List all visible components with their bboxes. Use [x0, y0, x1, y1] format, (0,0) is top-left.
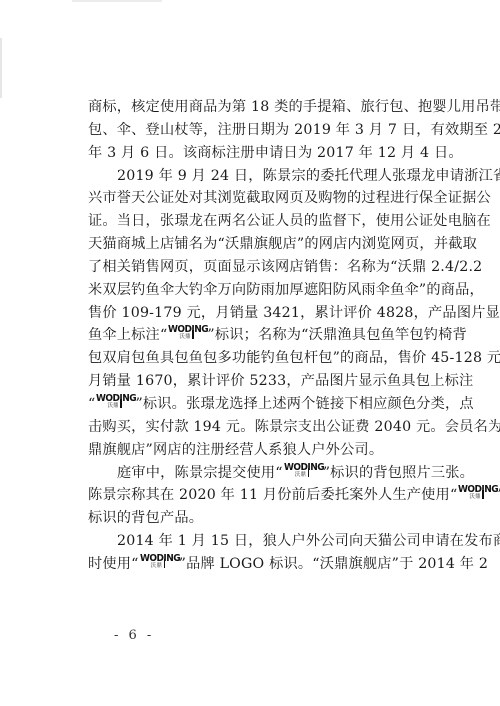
text-line: 月销量 1670，累计评价 5233，产品图片显示鱼具包上标注 [88, 370, 464, 393]
woding-logo-icon: WODING沃鼎 [140, 554, 178, 570]
text-segment: 月销量 1670，累计评价 5233，产品图片显示鱼具包上标注 [88, 373, 473, 389]
text-line: 了相关销售网页，页面显示该网店销售：名称为“沃鼎 2.4/2.2 [88, 256, 464, 279]
text-segment: 证。当日，张璟龙在两名公证人员的监督下，使用公证处电脑在 [88, 213, 491, 229]
text-segment: 鱼伞上标注“ [88, 327, 167, 343]
woding-logo-icon: WODING沃鼎 [96, 394, 134, 410]
logo-subtext: 沃鼎 [295, 472, 306, 478]
text-line: 兴市誉天公证处对其浏览截取网页及购物的过程进行保全证据公 [88, 187, 464, 210]
text-segment: 米双层钓鱼伞大钓伞万向防雨加厚遮阳防风雨伞鱼伞”的商品， [88, 282, 484, 298]
logo-subtext: 沃鼎 [151, 563, 162, 569]
text-segment: ”品牌 LOGO 标识。“沃鼎旗舰店”于 2014 年 2 [179, 556, 489, 572]
logo-subtext: 沃鼎 [469, 494, 480, 500]
text-line: 米双层钓鱼伞大钓伞万向防雨加厚遮阳防风雨伞鱼伞”的商品， [88, 279, 464, 302]
text-segment: 了相关销售网页，页面显示该网店销售：名称为“沃鼎 2.4/2.2 [88, 259, 482, 275]
text-segment: ”标识的背包照片三张。 [323, 465, 474, 481]
paragraph-start-line: 2019 年 9 月 24 日，陈景宗的委托代理人张璟龙申请浙江省嘉 [88, 165, 464, 188]
paragraph-start-line: 2014 年 1 月 15 日，狼人户外公司向天猫公司申请在发布商品 [88, 530, 464, 553]
text-segment: 2014 年 1 月 15 日，狼人户外公司向天猫公司申请在发布商品 [117, 533, 500, 549]
text-line: 标识的背包产品。 [88, 507, 464, 530]
text-segment: 售价 109-179 元，月销量 3421，累计评价 4828，产品图片显示钓 [88, 305, 500, 321]
scan-edge-artifact [0, 38, 2, 98]
text-line: 年 3 月 6 日。该商标注册申请日为 2017 年 12 月 4 日。 [88, 142, 464, 165]
text-line: 包、伞、登山杖等，注册日期为 2019 年 3 月 7 日，有效期至 2029 [88, 119, 464, 142]
text-segment: 标识的背包产品。 [88, 510, 203, 526]
text-segment: 时使用“ [88, 556, 139, 572]
text-line: “WODING沃鼎”标识。张璟龙选择上述两个链接下相应颜色分类，点 [88, 393, 464, 416]
scan-top-artifact [72, 0, 162, 2]
woding-logo-icon: WODING沃鼎 [458, 485, 496, 501]
text-line: 证。当日，张璟龙在两名公证人员的监督下，使用公证处电脑在 [88, 210, 464, 233]
woding-logo-icon: WODING沃鼎 [284, 463, 322, 479]
text-line: 时使用“WODING沃鼎”品牌 LOGO 标识。“沃鼎旗舰店”于 2014 年 … [88, 553, 464, 576]
text-line: 陈景宗称其在 2020 年 11 月份前后委托案外人生产使用“WODING沃鼎” [88, 484, 464, 507]
document-body: 商标，核定使用商品为第 18 类的手提箱、旅行包、抱婴儿用吊带、 包、伞、登山杖… [88, 96, 464, 576]
text-segment: 鼎旗舰店”网店的注册经营人系狼人户外公司。 [88, 442, 383, 458]
text-segment: 击购买，实付款 194 元。陈景宗支出公证费 2040 元。会员名为“沃 [88, 419, 500, 435]
paragraph-start-line: 庭审中，陈景宗提交使用“WODING沃鼎”标识的背包照片三张。 [88, 462, 464, 485]
text-segment: “ [88, 396, 95, 412]
text-segment: ”标识。张璟龙选择上述两个链接下相应颜色分类，点 [135, 396, 473, 412]
text-segment: 天猫商城上店铺名为“沃鼎旗舰店”的网店内浏览网页，并截取 [88, 236, 477, 252]
text-line: 商标，核定使用商品为第 18 类的手提箱、旅行包、抱婴儿用吊带、 [88, 96, 464, 119]
text-segment: 包双肩包鱼具包鱼包多功能钓鱼包杆包”的商品，售价 45-128 元， [88, 350, 500, 366]
logo-bar [164, 559, 166, 568]
logo-bar [308, 468, 310, 477]
text-line: 鱼伞上标注“WODING沃鼎”标识；名称为“沃鼎渔具包鱼竿包钓椅背 [88, 324, 464, 347]
text-segment: 陈景宗称其在 2020 年 11 月份前后委托案外人生产使用“ [88, 487, 457, 503]
text-line: 击购买，实付款 194 元。陈景宗支出公证费 2040 元。会员名为“沃 [88, 416, 464, 439]
text-segment: 庭审中，陈景宗提交使用“ [117, 465, 283, 481]
text-line: 鼎旗舰店”网店的注册经营人系狼人户外公司。 [88, 439, 464, 462]
document-page: 商标，核定使用商品为第 18 类的手提箱、旅行包、抱婴儿用吊带、 包、伞、登山杖… [0, 0, 500, 706]
text-line: 售价 109-179 元，月销量 3421，累计评价 4828，产品图片显示钓 [88, 302, 464, 325]
text-segment: 商标，核定使用商品为第 18 类的手提箱、旅行包、抱婴儿用吊带、 [88, 99, 500, 115]
logo-subtext: 沃鼎 [179, 334, 190, 340]
logo-bar [482, 490, 484, 499]
logo-bar [192, 330, 194, 339]
text-line: 天猫商城上店铺名为“沃鼎旗舰店”的网店内浏览网页，并截取 [88, 233, 464, 256]
text-segment: 兴市誉天公证处对其浏览截取网页及购物的过程进行保全证据公 [88, 190, 491, 206]
text-segment: ”标识；名称为“沃鼎渔具包鱼竿包钓椅背 [207, 327, 467, 343]
logo-subtext: 沃鼎 [107, 403, 118, 409]
page-number: - 6 - [114, 628, 154, 643]
woding-logo-icon: WODING沃鼎 [168, 325, 206, 341]
text-segment: 包、伞、登山杖等，注册日期为 2019 年 3 月 7 日，有效期至 2029 [88, 122, 500, 138]
logo-bar [120, 399, 122, 408]
text-segment: 年 3 月 6 日。该商标注册申请日为 2017 年 12 月 4 日。 [88, 145, 463, 161]
text-segment: 2019 年 9 月 24 日，陈景宗的委托代理人张璟龙申请浙江省嘉 [117, 168, 500, 184]
text-line: 包双肩包鱼具包鱼包多功能钓鱼包杆包”的商品，售价 45-128 元， [88, 347, 464, 370]
